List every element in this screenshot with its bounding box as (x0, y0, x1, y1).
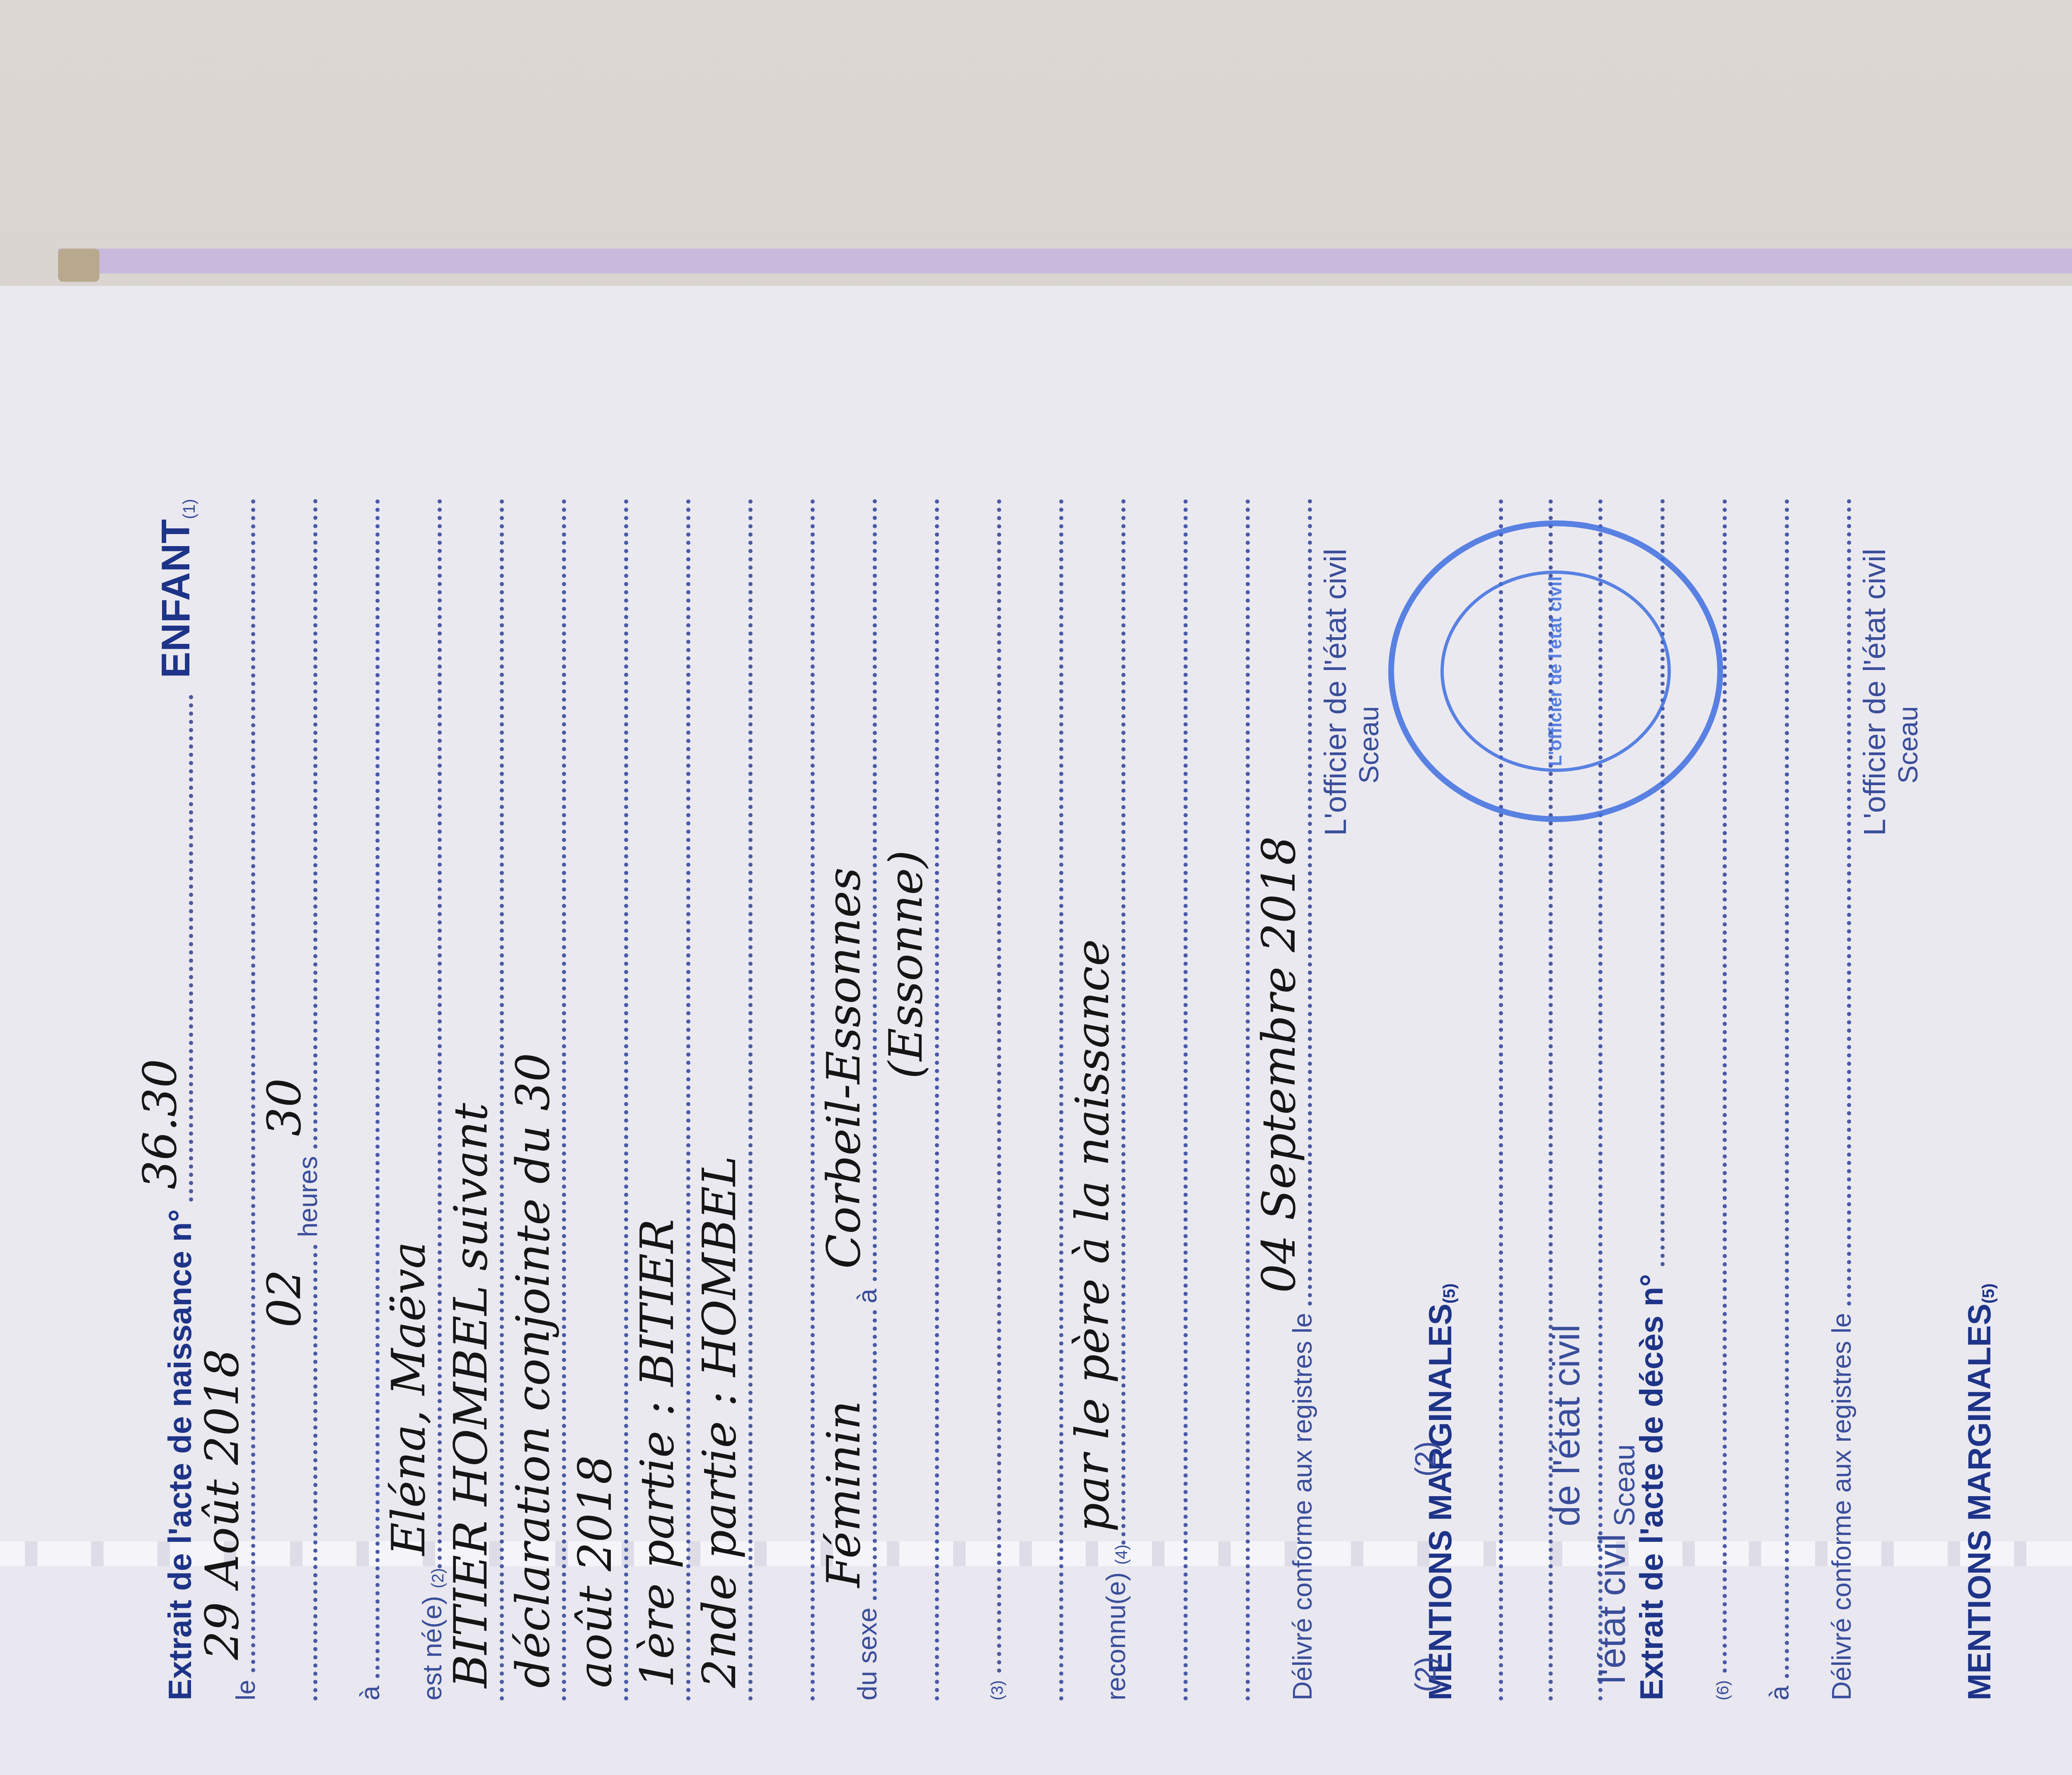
left-note2-b: (2) (1409, 1657, 1442, 1692)
booklet-cover-edge (58, 249, 2072, 273)
left-extract-label: l'état civil (1591, 1534, 1634, 1684)
left-officer-label: de l'état civil (1546, 1325, 1588, 1526)
left-seal-label: Sceau (1608, 1444, 1641, 1526)
left-note2: (2) (1409, 1441, 1442, 1477)
left-page-content: (2) de l'état civil Sceau (2) l'état civ… (0, 286, 2072, 1775)
rotated-document: Extrait de l'acte de naissance n° 36.30 … (0, 286, 2072, 1775)
binding-clip (58, 249, 99, 282)
